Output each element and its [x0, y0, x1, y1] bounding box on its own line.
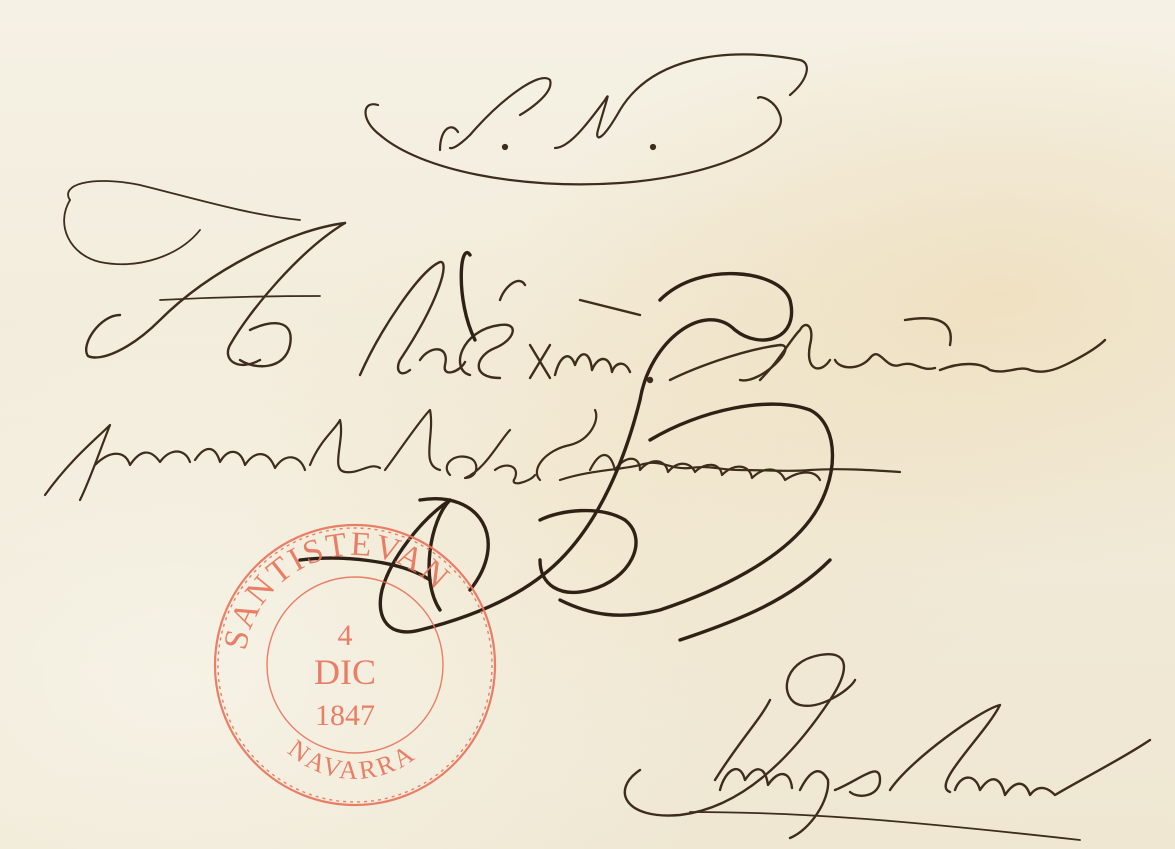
- address-line-2-script: [45, 410, 900, 500]
- postmark-text: SANTISTEVAN NAVARRA 4 DIC 1847: [217, 526, 465, 786]
- salutation-flourish: [366, 54, 807, 184]
- postmark-day: 4: [338, 619, 353, 652]
- address-city-script: [625, 654, 1150, 840]
- handwriting-layer: SANTISTEVAN NAVARRA 4 DIC 1847: [0, 0, 1175, 849]
- postmark-month: DIC: [314, 652, 376, 692]
- postmark-year: 1847: [315, 699, 375, 732]
- postmark-province-arc: NAVARRA: [283, 734, 422, 785]
- svg-text:NAVARRA: NAVARRA: [283, 734, 422, 785]
- address-line-1-script: [86, 223, 1105, 382]
- letter-cover: S. N. A la Exma. Diputacion provincial d…: [0, 0, 1175, 849]
